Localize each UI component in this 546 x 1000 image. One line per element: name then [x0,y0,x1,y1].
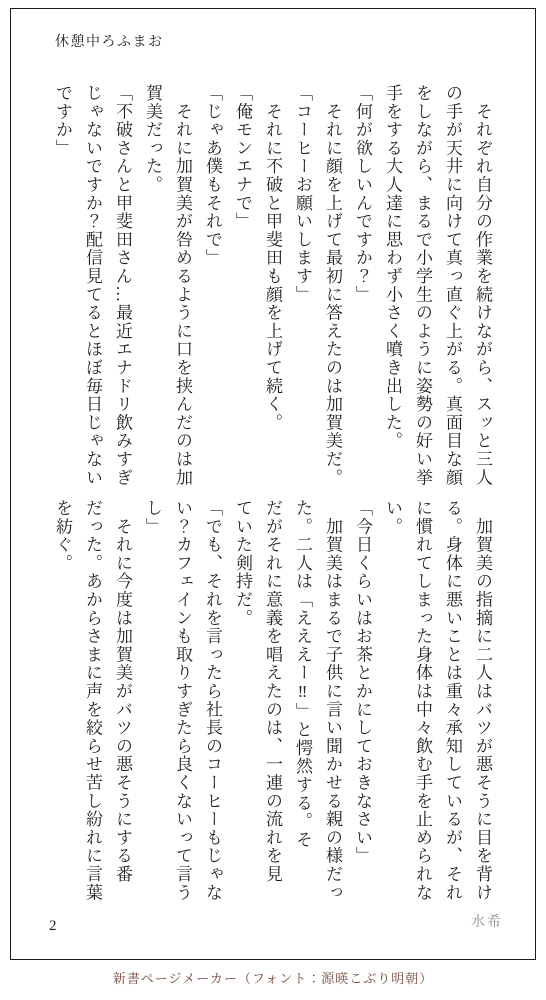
text-line: 手をする大人達に思わず小さく噴き出した。 [377,84,407,484]
text-line: 「でも、それを言ったら社長のコーヒーもじゃな [197,499,227,899]
text-line: 賀美だった。 [137,84,167,484]
author-name: 水希 [471,911,503,931]
text-line: 加賀美はまるで子供に言い聞かせる親の様だっ [317,499,347,899]
text-line: 「今日くらいはお茶とかにしておきなさい」 [347,499,377,899]
page-number: 2 [49,918,57,935]
generator-caption: 新書ページメーカー（フォント：源暎こぶり明朝） [0,968,546,987]
text-line: 「不破さんと甲斐田さん…最近エナドリ飲みすぎ [107,84,137,484]
text-line: ですか」 [47,84,77,484]
text-line: い。 [377,499,407,899]
text-line: ていた剣持だ。 [227,499,257,899]
text-line: じゃないですか？配信見てるとほぼ毎日じゃない [77,84,107,484]
text-line: それに今度は加賀美がバツの悪そうにする番 [107,499,137,899]
text-line: だった。あからさまに声を絞らせ苦し紛れに言葉 [77,499,107,899]
text-line: それに不破と甲斐田も顔を上げて続く。 [257,84,287,484]
vertical-text-block-upper: それぞれ自分の作業を続けながら、スッと三人の手が天井に向けて真っ直ぐ上がる。真面… [47,84,497,484]
text-line: い？カフェインも取りすぎたら良くないって言う [167,499,197,899]
text-line: 「何が欲しいんですか？」 [347,84,377,484]
text-line: それに加賀美が咎めるように口を挟んだのは加 [167,84,197,484]
screenshot-root: { "page": { "header": "休憩中ろふまお", "page_n… [0,0,546,1000]
text-line: に慣れてしまった身体は中々飲む手を止められな [407,499,437,899]
page-title: 休憩中ろふまお [55,31,164,51]
text-line: 加賀美の指摘に二人はバツが悪そうに目を背け [467,499,497,899]
text-line: それに顔を上げて最初に答えたのは加賀美だ。 [317,84,347,484]
book-page: 休憩中ろふまお それぞれ自分の作業を続けながら、スッと三人の手が天井に向けて真っ… [10,8,536,960]
text-line: る。身体に悪いことは重々承知しているが、それ [437,499,467,899]
text-line: だがそれに意義を唱えたのは、一連の流れを見 [257,499,287,899]
text-line: をしながら、まるで小学生のように姿勢の好い挙 [407,84,437,484]
text-line: た。二人は「えええー‼」と愕然する。そ [287,499,317,899]
text-line: 「じゃあ僕もそれで」 [197,84,227,484]
vertical-text-block-lower: 加賀美の指摘に二人はバツが悪そうに目を背ける。身体に悪いことは重々承知しているが… [47,499,497,899]
text-line: それぞれ自分の作業を続けながら、スッと三人 [467,84,497,484]
text-line: 「俺モンエナで」 [227,84,257,484]
text-line: 「コーヒーお願いします」 [287,84,317,484]
text-line: を紡ぐ。 [47,499,77,899]
text-line: し」 [137,499,167,899]
text-line: の手が天井に向けて真っ直ぐ上がる。真面目な顔 [437,84,467,484]
